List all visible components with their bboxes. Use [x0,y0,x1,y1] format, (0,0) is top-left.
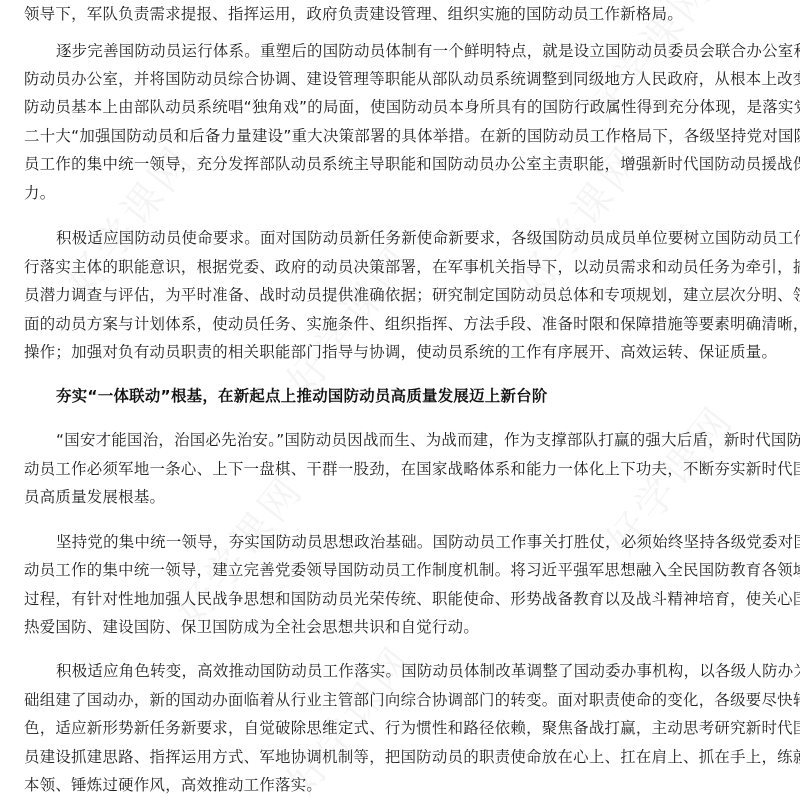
text-line: 积极适应角色转变，高效推动国防动员工作落实。国防动员体制改革调整了国动委办事机构… [56,659,778,683]
text-line: 热爱国防、建设国防、保卫国防成为全社会思想共识和自觉行动。 [24,615,479,639]
section-heading: 夯实“一体联动”根基，在新起点上推动国防动员高质量发展迈上新台阶 [56,384,548,408]
text-line: 二十大“加强国防动员和后备力量建设”重大决策部署的具体举措。在新的国防动员工作格… [24,124,778,148]
text-line: 领导下，军队负责需求提报、指挥运用，政府负责建设管理、组织实施的国防动员工作新格… [24,2,683,26]
text-line: 逐步完善国防动员运行体系。重塑后的国防动员体制有一个鲜明特点，就是设立国防动员委… [56,39,778,63]
text-line: 础组建了国动办，新的国动办面临着从行业主管部门向综合协调部门的转变。面对职责使命… [24,688,778,712]
text-line: 员潜力调查与评估，为平时准备、战时动员提供准确依据；研究制定国防动员总体和专项规… [24,283,778,307]
text-line: 力。 [24,181,55,205]
text-line: 员高质量发展根基。 [24,485,165,509]
text-line: 员工作的集中统一领导，充分发挥部队动员系统主导职能和国防动员办公室主责职能，增强… [24,152,778,176]
text-line: 坚持党的集中统一领导，夯实国防动员思想政治基础。国防动员工作事关打胜仗，必须始终… [56,530,778,554]
text-line: 防动员基本上由部队动员系统唱“独角戏”的局面，使国防动员本身所具有的国防行政属性… [24,95,778,119]
text-line: 面的动员方案与计划体系，使动员任务、实施条件、组织指挥、方法手段、准备时限和保障… [24,312,778,336]
text-line: 色，适应新形势新任务新要求，自觉破除思维定式、行为惯性和路径依赖，聚焦备战打赢，… [24,716,778,740]
text-line: 动员工作必须军地一条心、上下一盘棋、干群一股劲，在国家战略体系和能力一体化上下功… [24,457,778,481]
text-line: 过程，有针对性地加强人民战争思想和国防动员光荣传统、职能使命、形势战备教育以及战… [24,587,778,611]
text-line: 员建设抓建思路、指挥运用方式、军地协调机制等，把国防动员的职责使命放在心上、扛在… [24,745,778,769]
text-line: “国安才能国治，治国必先治安。”国防动员因战而生、为战而建，作为支撑部队打赢的强… [56,428,778,452]
text-line: 积极适应国防动员使命要求。面对国防动员新任务新使命新要求，各级国防动员成员单位要… [56,226,778,250]
text-line: 操作；加强对负有动员职责的相关职能部门指导与协调，使动员系统的工作有序展开、高效… [24,340,777,364]
text-line: 本领、锤炼过硬作风，高效推动工作落实。 [24,773,322,797]
text-line: 动员工作的集中统一领导，建立完善党委领导国防动员工作制度机制。将习近平强军思想融… [24,558,778,582]
text-line: 防动员办公室，并将国防动员综合协调、建设管理等职能从部队动员系统调整到同级地方人… [24,67,778,91]
text-line: 行落实主体的职能意识，根据党委、政府的动员决策部署，在军事机关指导下，以动员需求… [24,255,778,279]
